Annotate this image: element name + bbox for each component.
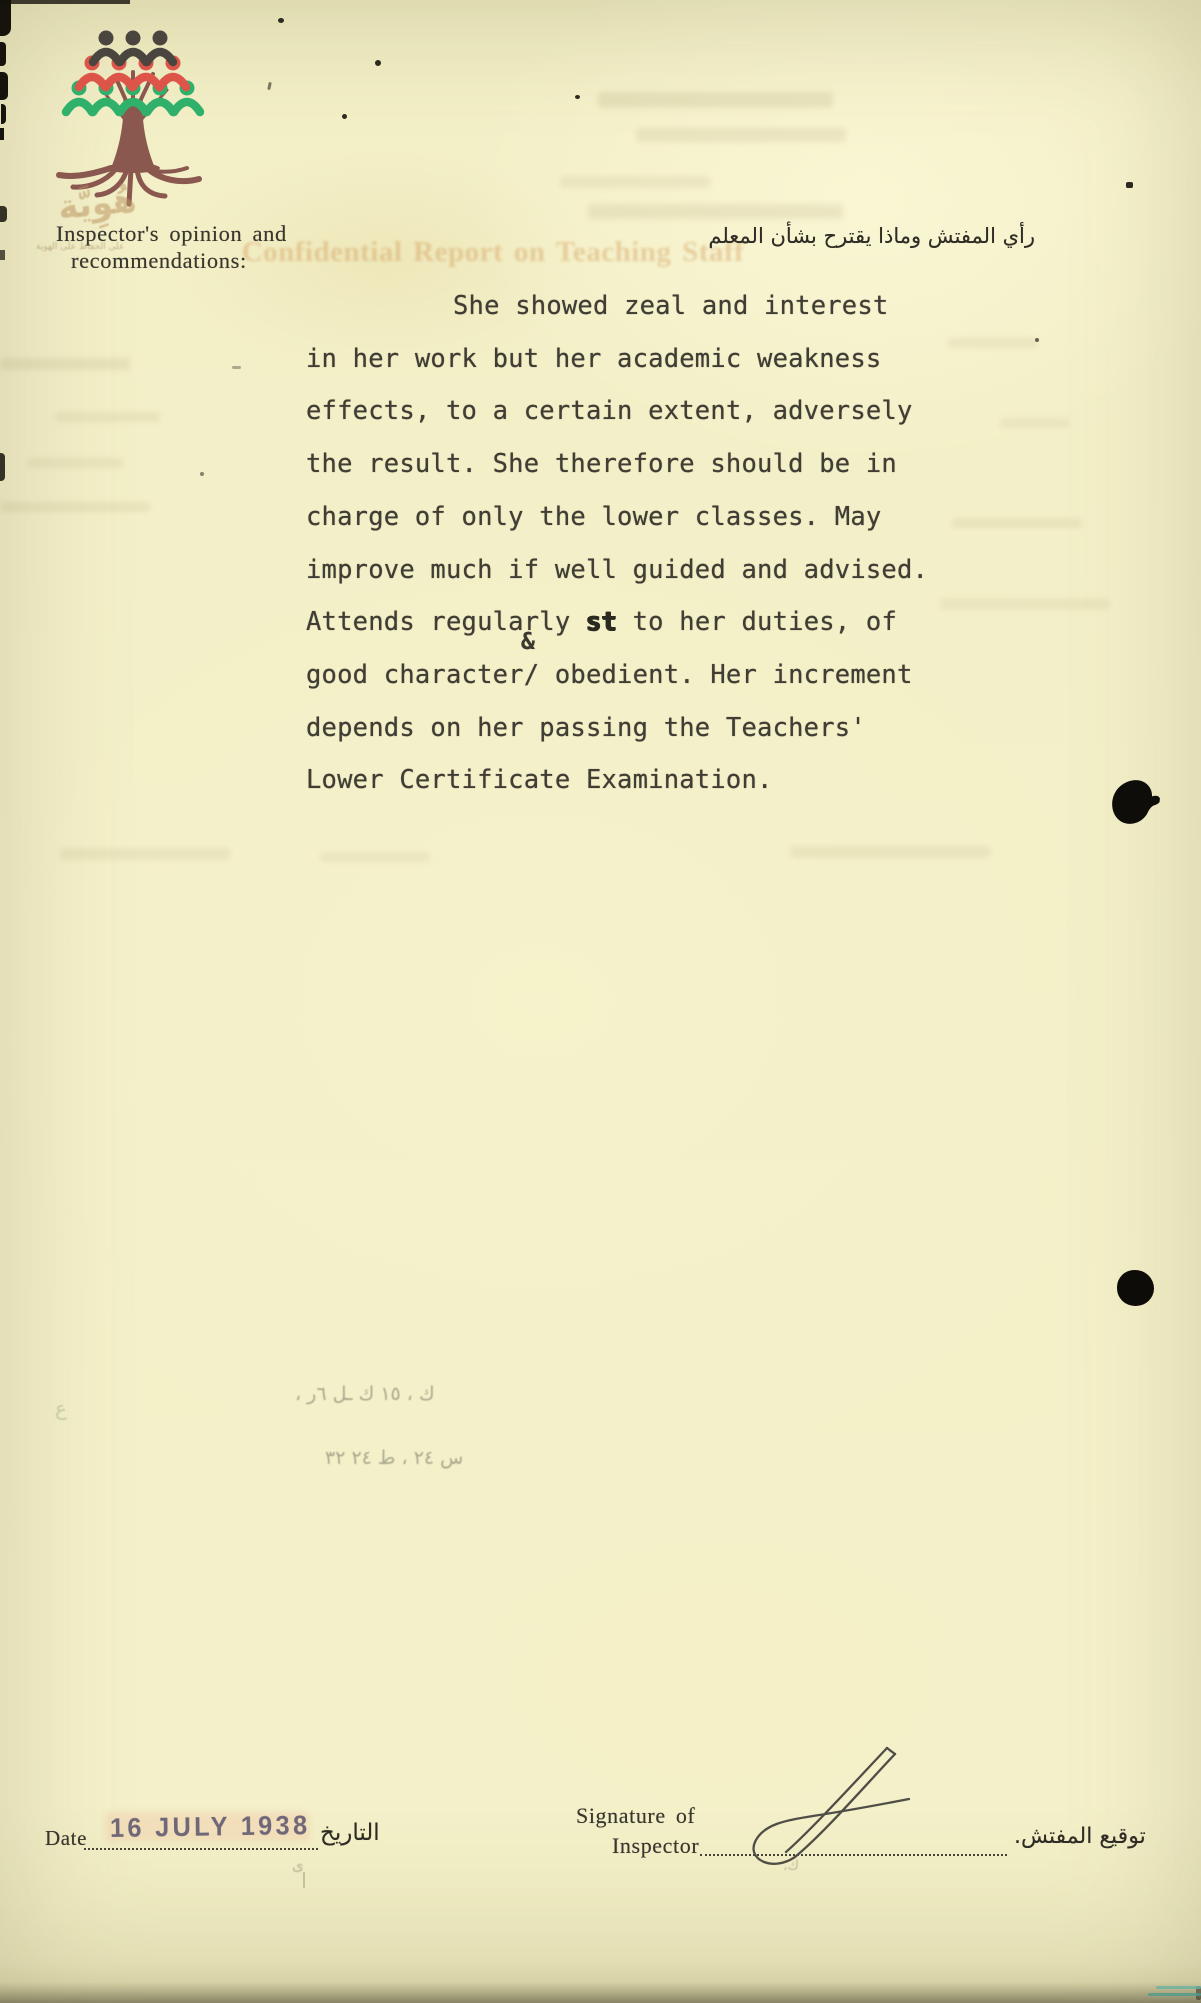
paper-speck <box>278 18 284 23</box>
date-stamp: 16 JULY 1938 <box>110 1810 311 1844</box>
paper-speck <box>1035 338 1039 342</box>
date-label: Date <box>45 1826 87 1851</box>
torn-edge-mark <box>0 453 5 481</box>
inspector-opinion-label-line1: Inspector's opinion and <box>56 221 287 247</box>
bleedthrough-mark <box>0 502 150 512</box>
bleedthrough-mark <box>0 358 130 370</box>
pencil-mark: ،ك <box>783 1858 799 1874</box>
pencil-mark: ع <box>55 1396 67 1420</box>
scanned-document-page: هُوِيَّة على الحفاظ على الهوية Confident… <box>0 0 1201 2003</box>
signature-label-arabic: توقيع المفتش. <box>1014 1824 1146 1849</box>
paper-speck <box>232 366 241 369</box>
bleedthrough-mark <box>60 848 230 860</box>
paper-speck <box>200 472 204 476</box>
typewritten-line: She showed zeal and interest <box>306 291 888 321</box>
signature-label-line2: Inspector <box>612 1833 699 1859</box>
typewritten-line: effects, to a certain extent, adversely <box>306 396 913 426</box>
scan-artifact-line <box>1156 1986 1201 1989</box>
torn-edge-mark <box>0 42 6 66</box>
paper-speck <box>575 95 580 99</box>
ink-blot <box>1106 777 1164 829</box>
bleedthrough-mark <box>55 412 160 422</box>
scan-artifact-line <box>1148 1993 1201 1996</box>
typewritten-line: charge of only the lower classes. May <box>306 502 881 532</box>
tree-of-people-logo <box>53 16 215 208</box>
torn-edge-mark <box>0 72 8 100</box>
typewritten-line: Attends regularly st to her duties, of <box>306 607 897 637</box>
typewritten-line: in her work but her academic weakness <box>306 344 881 374</box>
date-dotted-line <box>84 1848 318 1850</box>
signature-label-line1: Signature of <box>576 1803 695 1829</box>
caret-insertion-ampersand: & <box>521 629 535 655</box>
torn-edge-mark <box>0 250 5 260</box>
torn-edge-mark <box>0 0 130 4</box>
ink-dot <box>1117 1270 1154 1306</box>
typewritten-line: improve much if well guided and advised. <box>306 555 928 585</box>
torn-edge-mark <box>0 206 7 222</box>
bleedthrough-mark <box>28 458 123 468</box>
date-label-arabic: التاريخ <box>320 1820 380 1846</box>
typewritten-line: Lower Certificate Examination. <box>306 765 773 795</box>
typewritten-line: the result. She therefore should be in <box>306 449 897 479</box>
pencil-mark: ى <box>292 1856 304 1874</box>
pencil-mark <box>303 1872 305 1888</box>
pencil-note-line: ك ، ١٥ ك ـل ٦ر ، <box>295 1383 435 1405</box>
typewritten-line: depends on her passing the Teachers' <box>306 713 866 743</box>
paper-speck <box>1126 182 1133 188</box>
scan-bottom-edge <box>0 1982 1201 2003</box>
torn-edge-mark <box>1 104 6 124</box>
pencil-note-line: س ٢٤ ، ط ٢٤ ٣٢ <box>325 1447 463 1469</box>
paper-speck <box>342 114 347 119</box>
torn-edge-mark <box>0 0 11 36</box>
inspector-opinion-label-line2: recommendations: <box>71 248 247 274</box>
typewritten-line: good character/ obedient. Her increment <box>306 660 913 690</box>
paper-speck <box>267 82 272 90</box>
paper-speck <box>375 60 381 66</box>
inspector-signature <box>735 1742 955 1867</box>
torn-edge-mark <box>0 128 4 140</box>
typewritten-paragraph: She showed zeal and interestin her work … <box>306 0 1046 900</box>
